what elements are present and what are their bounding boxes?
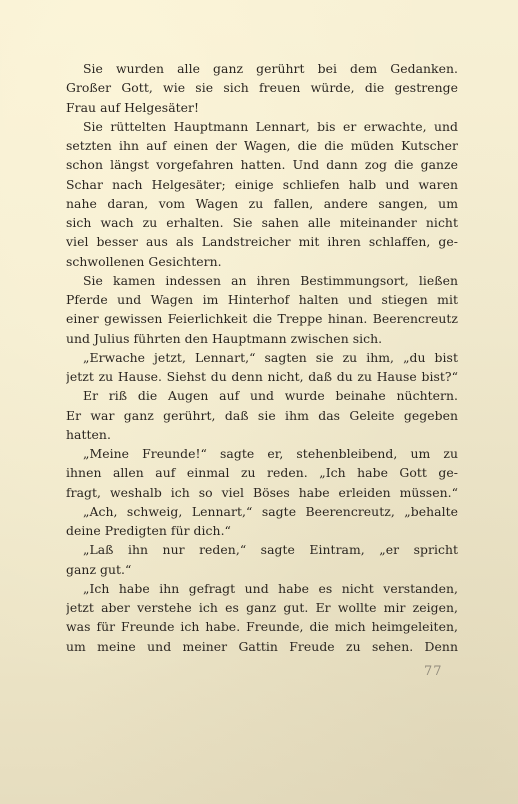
text-line: Er war ganz gerührt, daß sie ihm das Gel… <box>66 406 458 425</box>
text-line: setzten ihn auf einen der Wagen, die die… <box>66 136 458 155</box>
text-line: „Ich habe ihn gefragt und habe es nicht … <box>66 579 458 598</box>
body-text: Sie wurden alle ganz gerührt bei dem Ged… <box>66 59 458 656</box>
text-line: ihnen allen auf einmal zu reden. „Ich ha… <box>66 463 458 482</box>
text-line: nahe daran, vom Wagen zu fallen, andere … <box>66 194 458 213</box>
text-line: sich wach zu erhalten. Sie sahen alle mi… <box>66 213 458 232</box>
text-line: jetzt aber verstehe ich es ganz gut. Er … <box>66 598 458 617</box>
text-line: „Meine Freunde!“ sagte er, stehenbleiben… <box>66 444 458 463</box>
text-line: schon längst vorgefahren hatten. Und dan… <box>66 155 458 174</box>
text-line: was für Freunde ich habe. Freunde, die m… <box>66 617 458 636</box>
text-line: Schar nach Helgesäter; einige schliefen … <box>66 175 458 194</box>
text-line: „Laß ihn nur reden,“ sagte Eintram, „er … <box>66 540 458 559</box>
text-line: Sie kamen indessen an ihren Bestimmungso… <box>66 271 458 290</box>
book-page: Sie wurden alle ganz gerührt bei dem Ged… <box>0 0 518 804</box>
text-line: Großer Gott, wie sie sich freuen würde, … <box>66 78 458 97</box>
text-line: einer gewissen Feierlichkeit die Treppe … <box>66 309 458 328</box>
page-number: 77 <box>424 664 443 679</box>
text-line: hatten. <box>66 425 458 444</box>
text-line: jetzt zu Hause. Siehst du denn nicht, da… <box>66 367 458 386</box>
text-line: Pferde und Wagen im Hinterhof halten und… <box>66 290 458 309</box>
text-line: ganz gut.“ <box>66 560 458 579</box>
text-line: Frau auf Helgesäter! <box>66 98 458 117</box>
text-line: Sie rüttelten Hauptmann Lennart, bis er … <box>66 117 458 136</box>
text-line: Sie wurden alle ganz gerührt bei dem Ged… <box>66 59 458 78</box>
text-line: fragt, weshalb ich so viel Böses habe er… <box>66 483 458 502</box>
text-line: um meine und meiner Gattin Freude zu seh… <box>66 637 458 656</box>
text-line: viel besser aus als Landstreicher mit ih… <box>66 232 458 251</box>
text-line: und Julius führten den Hauptmann zwische… <box>66 329 458 348</box>
text-line: „Ach, schweig, Lennart,“ sagte Beerencre… <box>66 502 458 521</box>
text-line: „Erwache jetzt, Lennart,“ sagten sie zu … <box>66 348 458 367</box>
text-line: deine Predigten für dich.“ <box>66 521 458 540</box>
text-line: schwollenen Gesichtern. <box>66 252 458 271</box>
text-line: Er riß die Augen auf und wurde beinahe n… <box>66 386 458 405</box>
